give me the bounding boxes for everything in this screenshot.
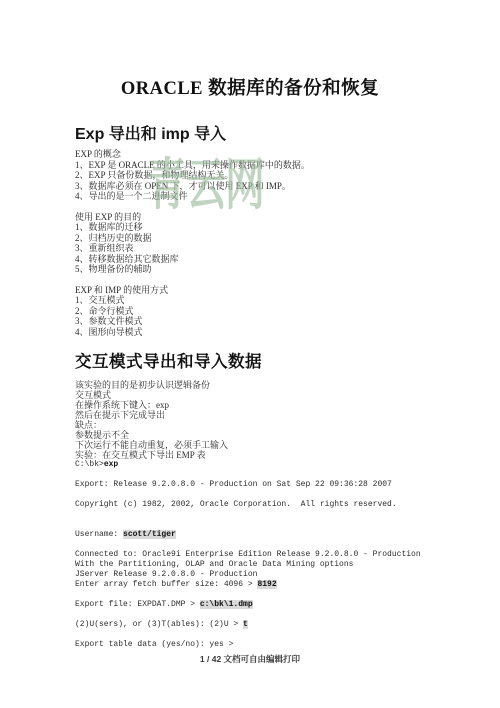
text-line: 4、导出的是一个二进制文件: [75, 191, 455, 202]
text-line: 交互模式: [75, 390, 475, 400]
console-prompt-line: C:\bk>exp: [75, 460, 475, 470]
text-line: 1、EXP 是 ORACLE 的小工具，用来操作数据库中的数据。: [75, 160, 455, 171]
text-line: 1、数据库的迁移: [75, 222, 455, 233]
page-footer: 1 / 42 文档可自由编辑打印: [0, 653, 500, 665]
console-username-label: Username:: [75, 530, 123, 539]
text-line: 5、物理备份的辅助: [75, 264, 455, 275]
console-tabledata-line: Export table data (yes/no): yes >: [75, 640, 475, 650]
console-partitioning-line: With the Partitioning, OLAP and Oracle D…: [75, 560, 475, 570]
text-line: 该实验的目的是初步认识逻辑备份: [75, 380, 475, 390]
console-export-release-line: Export: Release 9.2.0.8.0 - Production o…: [75, 480, 475, 490]
console-buffer-value: 8192: [257, 580, 276, 589]
console-jserver-line: JServer Release 9.2.0.8.0 - Production: [75, 570, 475, 580]
console-buffer-label: Enter array fetch buffer size: 4096 >: [75, 580, 257, 589]
text-line: 3、数据库必须在 OPEN 下，才可以使用 EXP 和 IMP。: [75, 181, 455, 192]
text-line: 4、转移数据给其它数据库: [75, 254, 455, 265]
console-mode-value: t: [243, 620, 248, 629]
text-line: EXP 的概念: [75, 149, 455, 160]
console-exportfile-line: Export file: EXPDAT.DMP > c:\bk\1.dmp: [75, 600, 475, 610]
text-line: 缺点：: [75, 420, 475, 430]
text-line: 在操作系统下键入：exp: [75, 400, 475, 410]
console-username-line: Username: scott/tiger: [75, 530, 475, 540]
page-title: ORACLE 数据库的备份和恢复: [0, 74, 500, 100]
text-line: 3、重新组织表: [75, 243, 455, 254]
console-exportfile-label: Export file: EXPDAT.DMP >: [75, 600, 200, 609]
text-line: 参数提示不全: [75, 430, 475, 440]
text-line: 2、EXP 只备份数据，和物理结构无关。: [75, 170, 455, 181]
text-line: 实验：在交互模式下导出 EMP 表: [75, 450, 475, 460]
console-mode-label: (2)U(sers), or (3)T(ables): (2)U >: [75, 620, 243, 629]
text-line: 1、交互模式: [75, 295, 455, 306]
text-line: EXP 和 IMP 的使用方式: [75, 285, 455, 296]
console-mode-line: (2)U(sers), or (3)T(ables): (2)U > t: [75, 620, 475, 630]
console-username-value: scott/tiger: [123, 530, 176, 539]
console-prompt-path: C:\bk>: [75, 460, 104, 469]
text-line: 下次运行不能自动重复，必须手工输入: [75, 440, 475, 450]
section1-body: EXP 的概念 1、EXP 是 ORACLE 的小工具，用来操作数据库中的数据。…: [75, 149, 455, 337]
console-copyright-line: Copyright (c) 1982, 2002, Oracle Corpora…: [75, 500, 475, 510]
console-prompt-command: exp: [104, 460, 118, 469]
console-exportfile-value: c:\bk\1.dmp: [200, 600, 253, 609]
section2-body: 该实验的目的是初步认识逻辑备份 交互模式 在操作系统下键入：exp 然后在提示下…: [75, 380, 475, 650]
section2-heading: 交互模式导出和导入数据: [75, 348, 262, 372]
text-line: 2、命令行模式: [75, 306, 455, 317]
text-line: 3、参数文件模式: [75, 316, 455, 327]
text-line: 2、归档历史的数据: [75, 233, 455, 244]
console-connected-line: Connected to: Oracle9i Enterprise Editio…: [75, 550, 475, 560]
text-line: 使用 EXP 的目的: [75, 212, 455, 223]
console-buffer-line: Enter array fetch buffer size: 4096 > 81…: [75, 580, 475, 590]
document-page: 青云网 ORACLE 数据库的备份和恢复 Exp 导出和 imp 导入 EXP …: [0, 0, 500, 708]
text-line: 然后在提示下完成导出: [75, 410, 475, 420]
section1-heading: Exp 导出和 imp 导入: [75, 121, 226, 144]
text-line: 4、图形向导模式: [75, 327, 455, 338]
